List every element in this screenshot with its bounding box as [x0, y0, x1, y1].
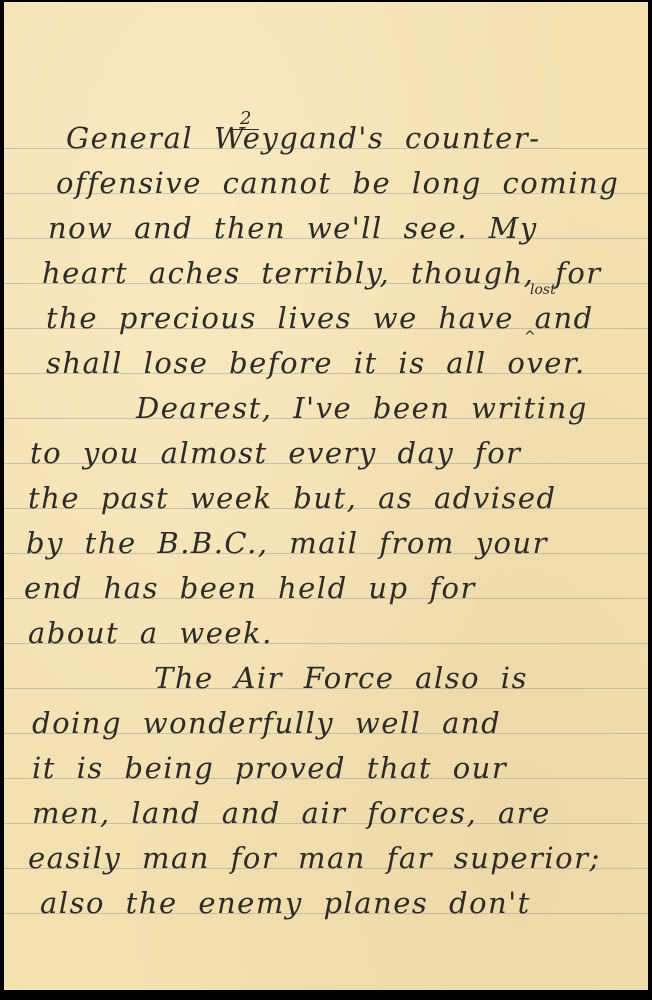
- text-line: shall lose before it is all over.: [46, 349, 586, 378]
- text-line: end has been held up for: [24, 574, 476, 603]
- text-line: offensive cannot be long coming: [56, 169, 619, 198]
- text-line: doing wonderfully well and: [32, 709, 501, 738]
- text-line: men, land and air forces, are: [32, 799, 551, 828]
- text-line: the precious lives we have and: [46, 304, 594, 333]
- text-line: Dearest, I've been writing: [136, 394, 588, 423]
- letter-page: 2 General Weygand's counter- offensive c…: [4, 2, 648, 990]
- text-line: General Weygand's counter-: [66, 124, 541, 153]
- text-line: The Air Force also is: [154, 664, 528, 693]
- text-line: the past week but, as advised: [28, 484, 557, 513]
- text-line: by the B.B.C., mail from your: [26, 529, 548, 558]
- text-line: now and then we'll see. My: [48, 214, 538, 243]
- text-line: it is being proved that our: [32, 754, 507, 783]
- insertion-caret: ^: [524, 329, 536, 345]
- text-line: easily man for man far superior;: [28, 844, 601, 873]
- text-line: also the enemy planes don't: [40, 889, 531, 918]
- text-line: heart aches terribly, though, for: [42, 259, 602, 288]
- inserted-word: lost: [530, 282, 556, 298]
- text-line: to you almost every day for: [30, 439, 522, 468]
- text-line: about a week.: [28, 619, 273, 648]
